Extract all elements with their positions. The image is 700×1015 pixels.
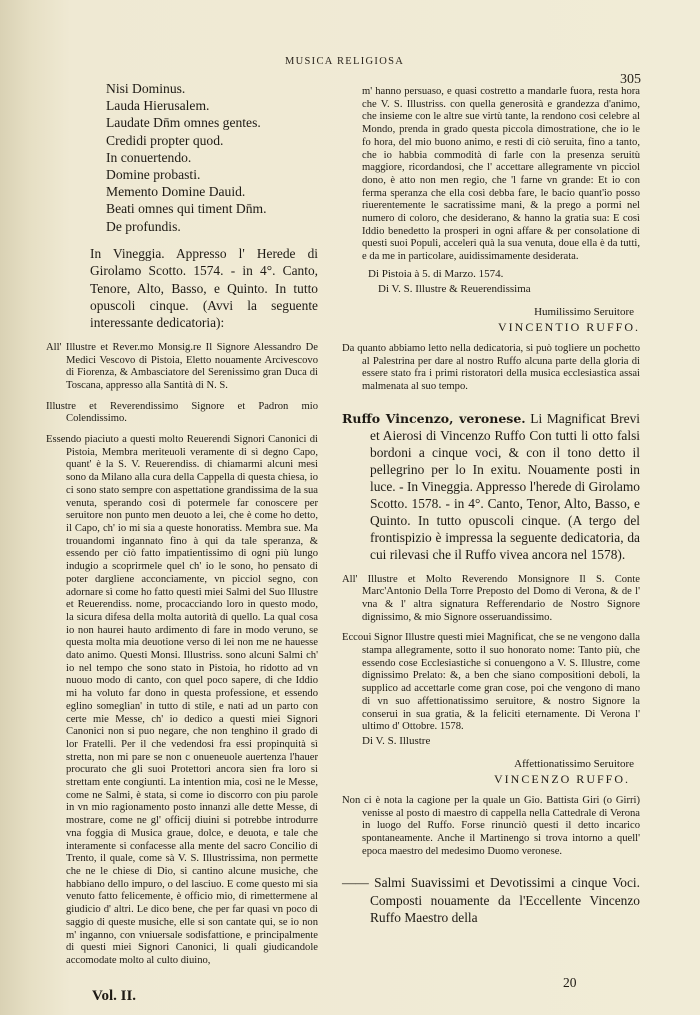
imprint-paragraph: In Vineggia. Appresso l' Herede di Girol… — [90, 245, 318, 332]
signature-vincenzo-ruffo: VINCENZO RUFFO. — [342, 772, 640, 787]
left-column: Nisi Dominus. Lauda Hierusalem. Laudate … — [46, 80, 318, 968]
letter-closing: Di V. S. Illustre & Reuerendissima — [342, 282, 640, 297]
psalm-item: Domine probasti. — [106, 166, 318, 183]
letter-2-closing: Di V. S. Illustre — [342, 734, 640, 749]
psalm-item: Laudate Dn̄m omnes gentes. — [106, 114, 318, 131]
psalm-item: Beati omnes qui timent Dn̄m. — [106, 200, 318, 217]
book-page: MUSICA RELIGIOSA 305 Nisi Dominus. Lauda… — [0, 0, 700, 1015]
dedication-address: All' Illustre et Rever.mo Monsig.re Il S… — [46, 342, 318, 393]
psalm-item: Lauda Hierusalem. — [106, 97, 318, 114]
letter-closing-humble: Humilissimo Seruitore — [342, 305, 640, 320]
letter-date: Di Pistoia à 5. di Marzo. 1574. — [342, 267, 640, 282]
commentary-paragraph-2: Non ci è nota la cagione per la quale un… — [342, 795, 640, 859]
psalm-item: Credidi propter quod. — [106, 132, 318, 149]
commentary-paragraph: Da quanto abbiamo letto nella dedicatori… — [342, 343, 640, 394]
psalm-item: Memento Domine Dauid. — [106, 183, 318, 200]
bibliographic-entry: Ruffo Vincenzo, veronese. Li Magnificat … — [342, 410, 640, 564]
entry-text: Li Magnificat Brevi et Aierosi di Vincen… — [370, 411, 640, 563]
next-entry: —— Salmi Suavissimi et Devotissimi a cin… — [342, 874, 640, 925]
psalm-item: In conuertendo. — [106, 149, 318, 166]
letter-2-closing-affectionate: Affettionatissimo Seruitore — [342, 757, 640, 772]
dedication-letter-2: Eccoui Signor Illustre questi miei Magni… — [342, 632, 640, 734]
psalm-item: De profundis. — [106, 218, 318, 235]
psalm-item: Nisi Dominus. — [106, 80, 318, 97]
dedication-letter-body: Essendo piaciuto a questi molto Reuerend… — [46, 434, 318, 968]
dedication-address-2: All' Illustre et Molto Reverendo Monsign… — [342, 574, 640, 625]
volume-label: Vol. II. — [92, 988, 136, 1005]
signature-mark: 20 — [563, 975, 577, 991]
entry-heading: Ruffo Vincenzo, veronese. — [342, 411, 526, 426]
right-column: m' hanno persuaso, e quasi costretto a m… — [342, 86, 640, 926]
signature-vincentio-ruffo: VINCENTIO RUFFO. — [342, 320, 640, 335]
running-title: MUSICA RELIGIOSA — [285, 56, 404, 67]
letter-continuation: m' hanno persuaso, e quasi costretto a m… — [342, 86, 640, 264]
dedication-salutation: Illustre et Reverendissimo Signore et Pa… — [46, 401, 318, 426]
psalm-list: Nisi Dominus. Lauda Hierusalem. Laudate … — [106, 80, 318, 235]
